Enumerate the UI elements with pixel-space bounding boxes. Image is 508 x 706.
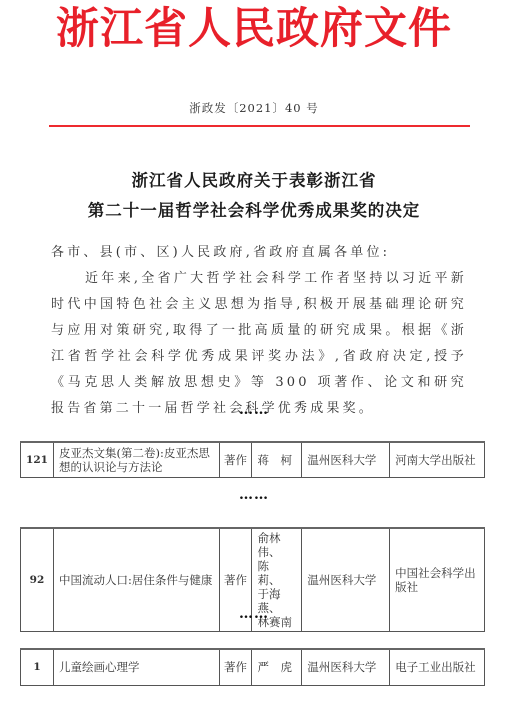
omission-ellipsis: ……: [0, 487, 508, 503]
salutation: 各市、县(市、区)人民政府,省政府直属各单位:: [51, 240, 467, 266]
cell-unit: 温州医科大学: [302, 442, 390, 477]
red-divider-rule: [49, 125, 470, 127]
table-row: 121 皮亚杰文集(第二卷):皮亚杰思想的认识论与方法论 著作 蒋 柯 温州医科…: [21, 442, 485, 477]
cell-title: 儿童绘画心理学: [53, 649, 219, 685]
omission-ellipsis: ……: [0, 606, 508, 622]
body-paragraph: 近年来,全省广大哲学社会科学工作者坚持以习近平新时代中国特色社会主义思想为指导,…: [51, 266, 467, 422]
author-name: 俞林伟、: [257, 531, 296, 559]
document-title-line-1: 浙江省人民政府关于表彰浙江省: [0, 167, 508, 191]
document-number: 浙政发〔2021〕40 号: [0, 100, 508, 116]
author-name: 陈 莉、: [257, 559, 296, 587]
cell-unit: 温州医科大学: [302, 649, 390, 685]
cell-publisher: 河南大学出版社: [390, 442, 485, 477]
award-table-excerpt-3: 1 儿童绘画心理学 著作 严 虎 温州医科大学 电子工业出版社: [20, 648, 485, 686]
cell-type: 著作: [219, 442, 252, 477]
table-row: 1 儿童绘画心理学 著作 严 虎 温州医科大学 电子工业出版社: [21, 649, 485, 685]
cell-number: 1: [21, 649, 54, 685]
cell-title: 皮亚杰文集(第二卷):皮亚杰思想的认识论与方法论: [53, 442, 219, 477]
award-table-excerpt-1: 121 皮亚杰文集(第二卷):皮亚杰思想的认识论与方法论 著作 蒋 柯 温州医科…: [20, 441, 485, 478]
cell-authors: 严 虎: [252, 649, 302, 685]
document-title-line-2: 第二十一届哲学社会科学优秀成果奖的决定: [0, 197, 508, 221]
cell-authors: 蒋 柯: [252, 442, 302, 477]
cell-number: 121: [21, 442, 54, 477]
document-masthead: 浙江省人民政府文件: [0, 4, 508, 54]
cell-publisher: 电子工业出版社: [390, 649, 485, 685]
omission-ellipsis: ……: [0, 402, 508, 418]
cell-type: 著作: [219, 649, 252, 685]
